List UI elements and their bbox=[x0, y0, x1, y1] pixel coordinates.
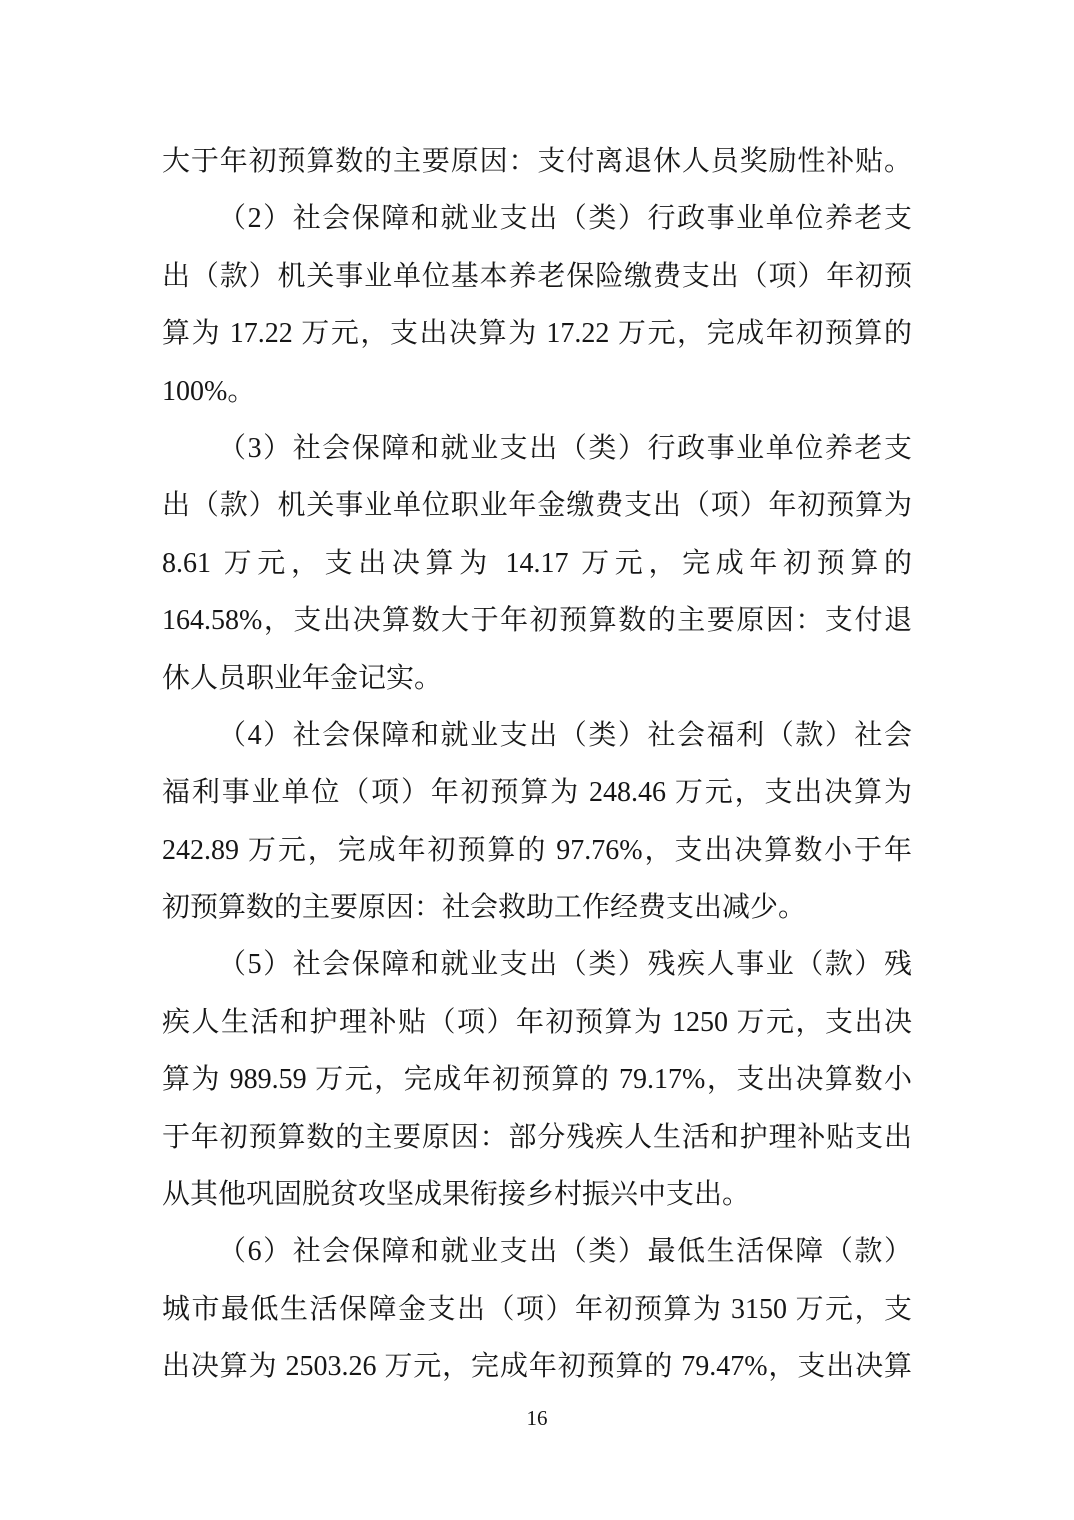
text-line: 出（款）机关事业单位职业年金缴费支出（项）年初预算为 bbox=[162, 477, 912, 534]
text-line: 休人员职业年金记实。 bbox=[162, 650, 912, 707]
text-line: 疾人生活和护理补贴（项）年初预算为 1250 万元，支出决 bbox=[162, 994, 912, 1051]
text-line: 8.61 万元，支出决算为 14.17 万元，完成年初预算的 bbox=[162, 535, 912, 592]
text-line: 算为 989.59 万元，完成年初预算的 79.17%，支出决算数小 bbox=[162, 1051, 912, 1108]
text-line: 算为 17.22 万元，支出决算为 17.22 万元，完成年初预算的 bbox=[162, 305, 912, 362]
text-line: 城市最低生活保障金支出（项）年初预算为 3150 万元，支 bbox=[162, 1281, 912, 1338]
text-line: （6）社会保障和就业支出（类）最低生活保障（款） bbox=[162, 1223, 912, 1280]
text-line: 从其他巩固脱贫攻坚成果衔接乡村振兴中支出。 bbox=[162, 1166, 912, 1223]
text-line: 出（款）机关事业单位基本养老保险缴费支出（项）年初预 bbox=[162, 248, 912, 305]
text-line: 出决算为 2503.26 万元，完成年初预算的 79.47%，支出决算 bbox=[162, 1338, 912, 1395]
text-line: 初预算数的主要原因：社会救助工作经费支出减少。 bbox=[162, 879, 912, 936]
text-line: （3）社会保障和就业支出（类）行政事业单位养老支 bbox=[162, 420, 912, 477]
text-line: 242.89 万元，完成年初预算的 97.76%，支出决算数小于年 bbox=[162, 822, 912, 879]
text-line: 福利事业单位（项）年初预算为 248.46 万元，支出决算为 bbox=[162, 764, 912, 821]
text-line: （5）社会保障和就业支出（类）残疾人事业（款）残 bbox=[162, 936, 912, 993]
text-line: 大于年初预算数的主要原因：支付离退休人员奖励性补贴。 bbox=[162, 133, 912, 190]
page-number: 16 bbox=[0, 1404, 1074, 1432]
text-line: 100%。 bbox=[162, 363, 912, 420]
text-line: 164.58%，支出决算数大于年初预算数的主要原因：支付退 bbox=[162, 592, 912, 649]
document-body: 大于年初预算数的主要原因：支付离退休人员奖励性补贴。 （2）社会保障和就业支出（… bbox=[162, 133, 912, 1396]
text-line: 于年初预算数的主要原因：部分残疾人生活和护理补贴支出 bbox=[162, 1109, 912, 1166]
text-line: （2）社会保障和就业支出（类）行政事业单位养老支 bbox=[162, 190, 912, 247]
document-page: 大于年初预算数的主要原因：支付离退休人员奖励性补贴。 （2）社会保障和就业支出（… bbox=[0, 0, 1074, 1520]
text-line: （4）社会保障和就业支出（类）社会福利（款）社会 bbox=[162, 707, 912, 764]
